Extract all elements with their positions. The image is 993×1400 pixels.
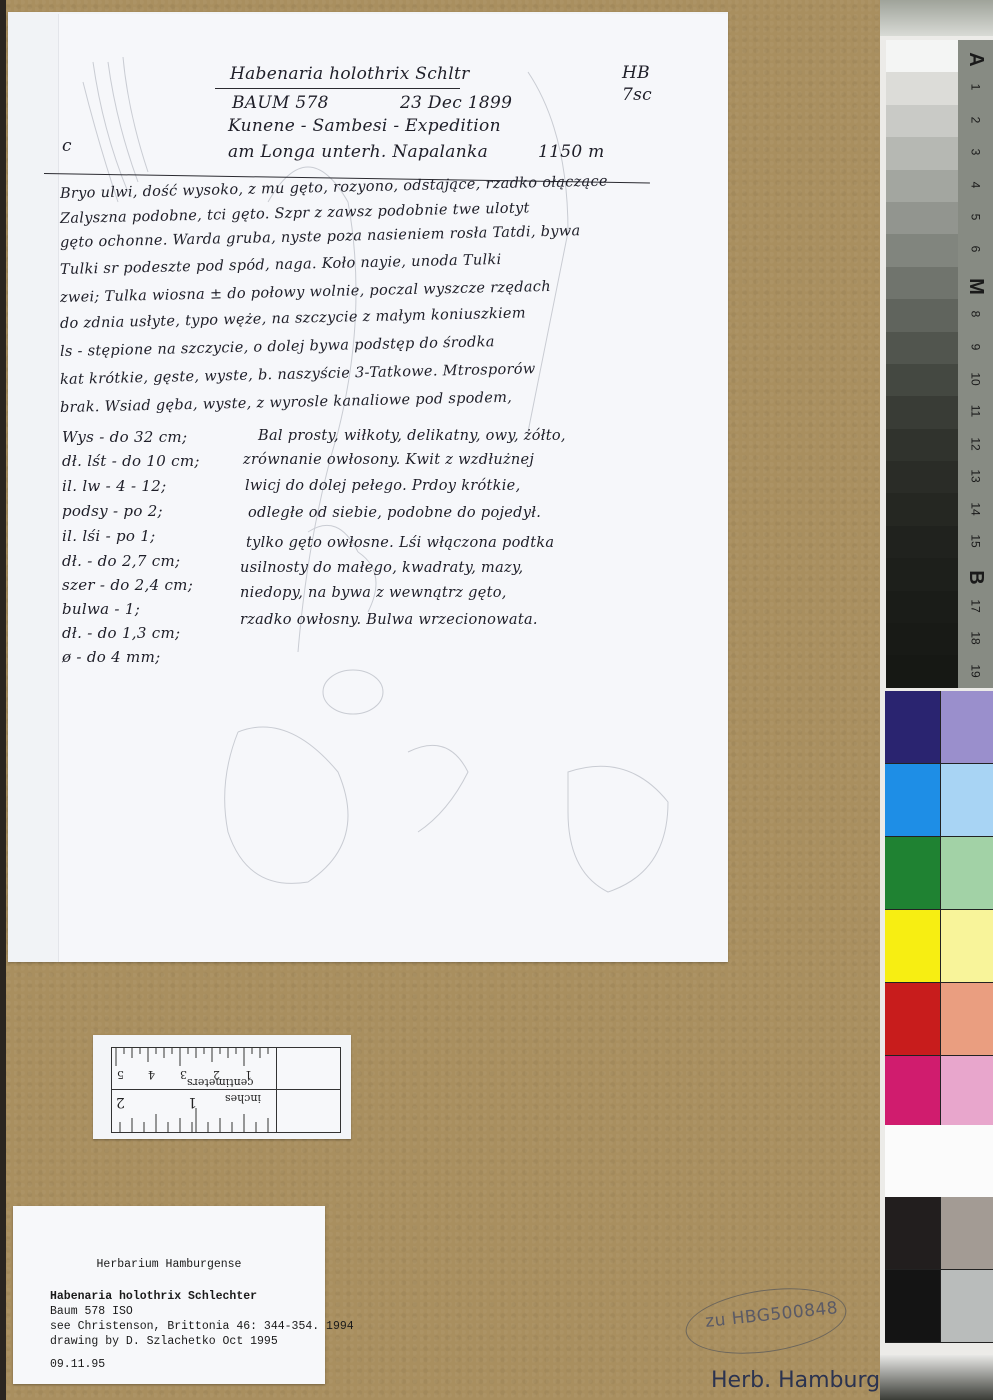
grayscale-label: 11 <box>969 394 983 429</box>
locality: am Longa unterh. Napalanka <box>228 142 488 162</box>
grayscale-cell <box>886 202 958 234</box>
grayscale-cell <box>886 137 958 169</box>
grayscale-cell <box>886 40 958 72</box>
grayscale-cell <box>886 170 958 202</box>
grayscale-cell <box>886 105 958 137</box>
ruler-cm-label: 3 <box>180 1068 187 1081</box>
grayscale-cell <box>886 461 958 493</box>
grayscale-cell <box>886 558 958 590</box>
ruler-inch-label: 1 <box>188 1094 197 1110</box>
description-line: tylko gęto owłosne. Lśi włączona podtka <box>246 535 554 551</box>
herbarium-mark: HB <box>622 63 650 83</box>
color-patch-row <box>885 983 993 1056</box>
color-patches <box>885 691 993 1129</box>
grayscale-label: 10 <box>969 362 983 397</box>
header-underline <box>215 88 460 89</box>
measurement: il. lw - 4 - 12; <box>62 477 166 495</box>
measurement: dł. - do 2,7 cm; <box>62 552 180 570</box>
margin-mark: c <box>62 136 72 156</box>
measurement: dł. - do 1,3 cm; <box>62 624 180 642</box>
label-date: 09.11.95 <box>50 1358 105 1371</box>
ruler-cm-label: 5 <box>117 1068 124 1081</box>
grayscale-cell <box>886 591 958 623</box>
description-line: rzadko owłosny. Bulwa wrzecionowata. <box>240 612 538 628</box>
herbarium-stamp: Herb. Hamburg. <box>711 1368 887 1393</box>
grayscale-label: 8 <box>969 297 983 332</box>
ruler-inch-label: 2 <box>116 1094 125 1110</box>
scale-ruler-card: 5 4 3 2 1 centimeters inches 1 2 <box>93 1035 351 1139</box>
ruler-ticks <box>112 1048 276 1132</box>
herbarium-label: Herbarium Hamburgense Habenaria holothri… <box>13 1206 325 1384</box>
grayscale-label: 12 <box>969 426 983 461</box>
color-patch-row <box>885 764 993 837</box>
grayscale-cell <box>886 396 958 428</box>
grayscale-cell <box>886 299 958 331</box>
color-patch-row <box>885 691 993 764</box>
expedition: Kunene - Sambesi - Expedition <box>228 116 501 136</box>
dark-patch-row <box>885 1197 993 1270</box>
measurement: szer - do 2,4 cm; <box>62 576 193 594</box>
grayscale-cell <box>886 429 958 461</box>
description-line: niedopy, na bywa z wewnątrz gęto, <box>240 585 507 601</box>
grayscale-label: 2 <box>969 102 983 137</box>
scan-edge <box>0 0 6 1400</box>
label-drawing-credit: drawing by D. Szlachetko Oct 1995 <box>50 1335 278 1348</box>
measurement: bulwa - 1; <box>62 600 140 618</box>
label-taxon: Habenaria holothrix Schlechter <box>50 1290 257 1303</box>
grayscale-label: 6 <box>969 232 983 267</box>
description-line: zrównanie owłosony. Kwit z wzdłużnej <box>243 452 534 468</box>
grayscale-label: 3 <box>969 135 983 170</box>
grayscale-cell <box>886 655 958 687</box>
grayscale-cell <box>886 332 958 364</box>
label-reference: see Christenson, Brittonia 46: 344-354. … <box>50 1320 354 1333</box>
collection-date: 23 Dec 1899 <box>400 93 512 113</box>
grayscale-label: 4 <box>969 167 983 202</box>
grayscale-label: 19 <box>969 653 983 688</box>
grayscale-cell <box>886 493 958 525</box>
color-patch-row <box>885 837 993 910</box>
label-specimen: Baum 578 ISO <box>50 1305 133 1318</box>
scale-ruler: 5 4 3 2 1 centimeters inches 1 2 <box>111 1047 341 1133</box>
grayscale-cell <box>886 72 958 104</box>
color-calibration-chart: A123456M89101112131415B171819 <box>880 0 993 1400</box>
grayscale-label: 17 <box>969 588 983 623</box>
collector-number: BAUM 578 <box>232 93 329 113</box>
grayscale-strip <box>886 40 958 688</box>
dark-patch-row <box>885 1270 993 1343</box>
white-patch <box>885 1125 993 1197</box>
color-patch-row <box>885 1056 993 1129</box>
altitude: 1150 m <box>538 142 605 162</box>
grayscale-label: 13 <box>969 459 983 494</box>
grayscale-label: 15 <box>969 524 983 559</box>
grayscale-cell <box>886 623 958 655</box>
measurement: podsy - po 2; <box>62 502 163 520</box>
measurement: il. lśi - po 1; <box>62 527 156 545</box>
grayscale-cell <box>886 364 958 396</box>
description-line: Bal prosty, wiłkoty, delikatny, owy, żół… <box>258 428 566 444</box>
measurement: dł. lśt - do 10 cm; <box>62 452 200 470</box>
description-line: lwicj do dolej pełego. Prdoy krótkie, <box>245 478 520 494</box>
grayscale-cell <box>886 267 958 299</box>
grayscale-cell <box>886 526 958 558</box>
measurement: Wys - do 32 cm; <box>62 428 187 446</box>
taxon-name: Habenaria holothrix Schltr <box>230 64 470 84</box>
ruler-unit-inches: inches <box>225 1092 261 1105</box>
color-patch-row <box>885 910 993 983</box>
grayscale-labels: A123456M89101112131415B171819 <box>958 40 993 688</box>
grayscale-label: 5 <box>969 200 983 235</box>
measurement: ø - do 4 mm; <box>62 648 160 666</box>
ruler-unit-cm: centimeters <box>187 1076 253 1089</box>
grayscale-label: 14 <box>969 491 983 526</box>
grayscale-cell <box>886 234 958 266</box>
grayscale-label: 18 <box>969 621 983 656</box>
grayscale-label: 9 <box>969 329 983 364</box>
description-line: usilnosty do małego, kwadraty, mazy, <box>240 560 523 576</box>
grayscale-label: 1 <box>969 70 983 105</box>
description-line: odległe od siebie, podobne do pojedył. <box>248 505 541 521</box>
label-institution: Herbarium Hamburgense <box>13 1258 325 1271</box>
ruler-cm-label: 4 <box>148 1068 155 1081</box>
herbarium-mark-2: 7sc <box>622 85 652 105</box>
